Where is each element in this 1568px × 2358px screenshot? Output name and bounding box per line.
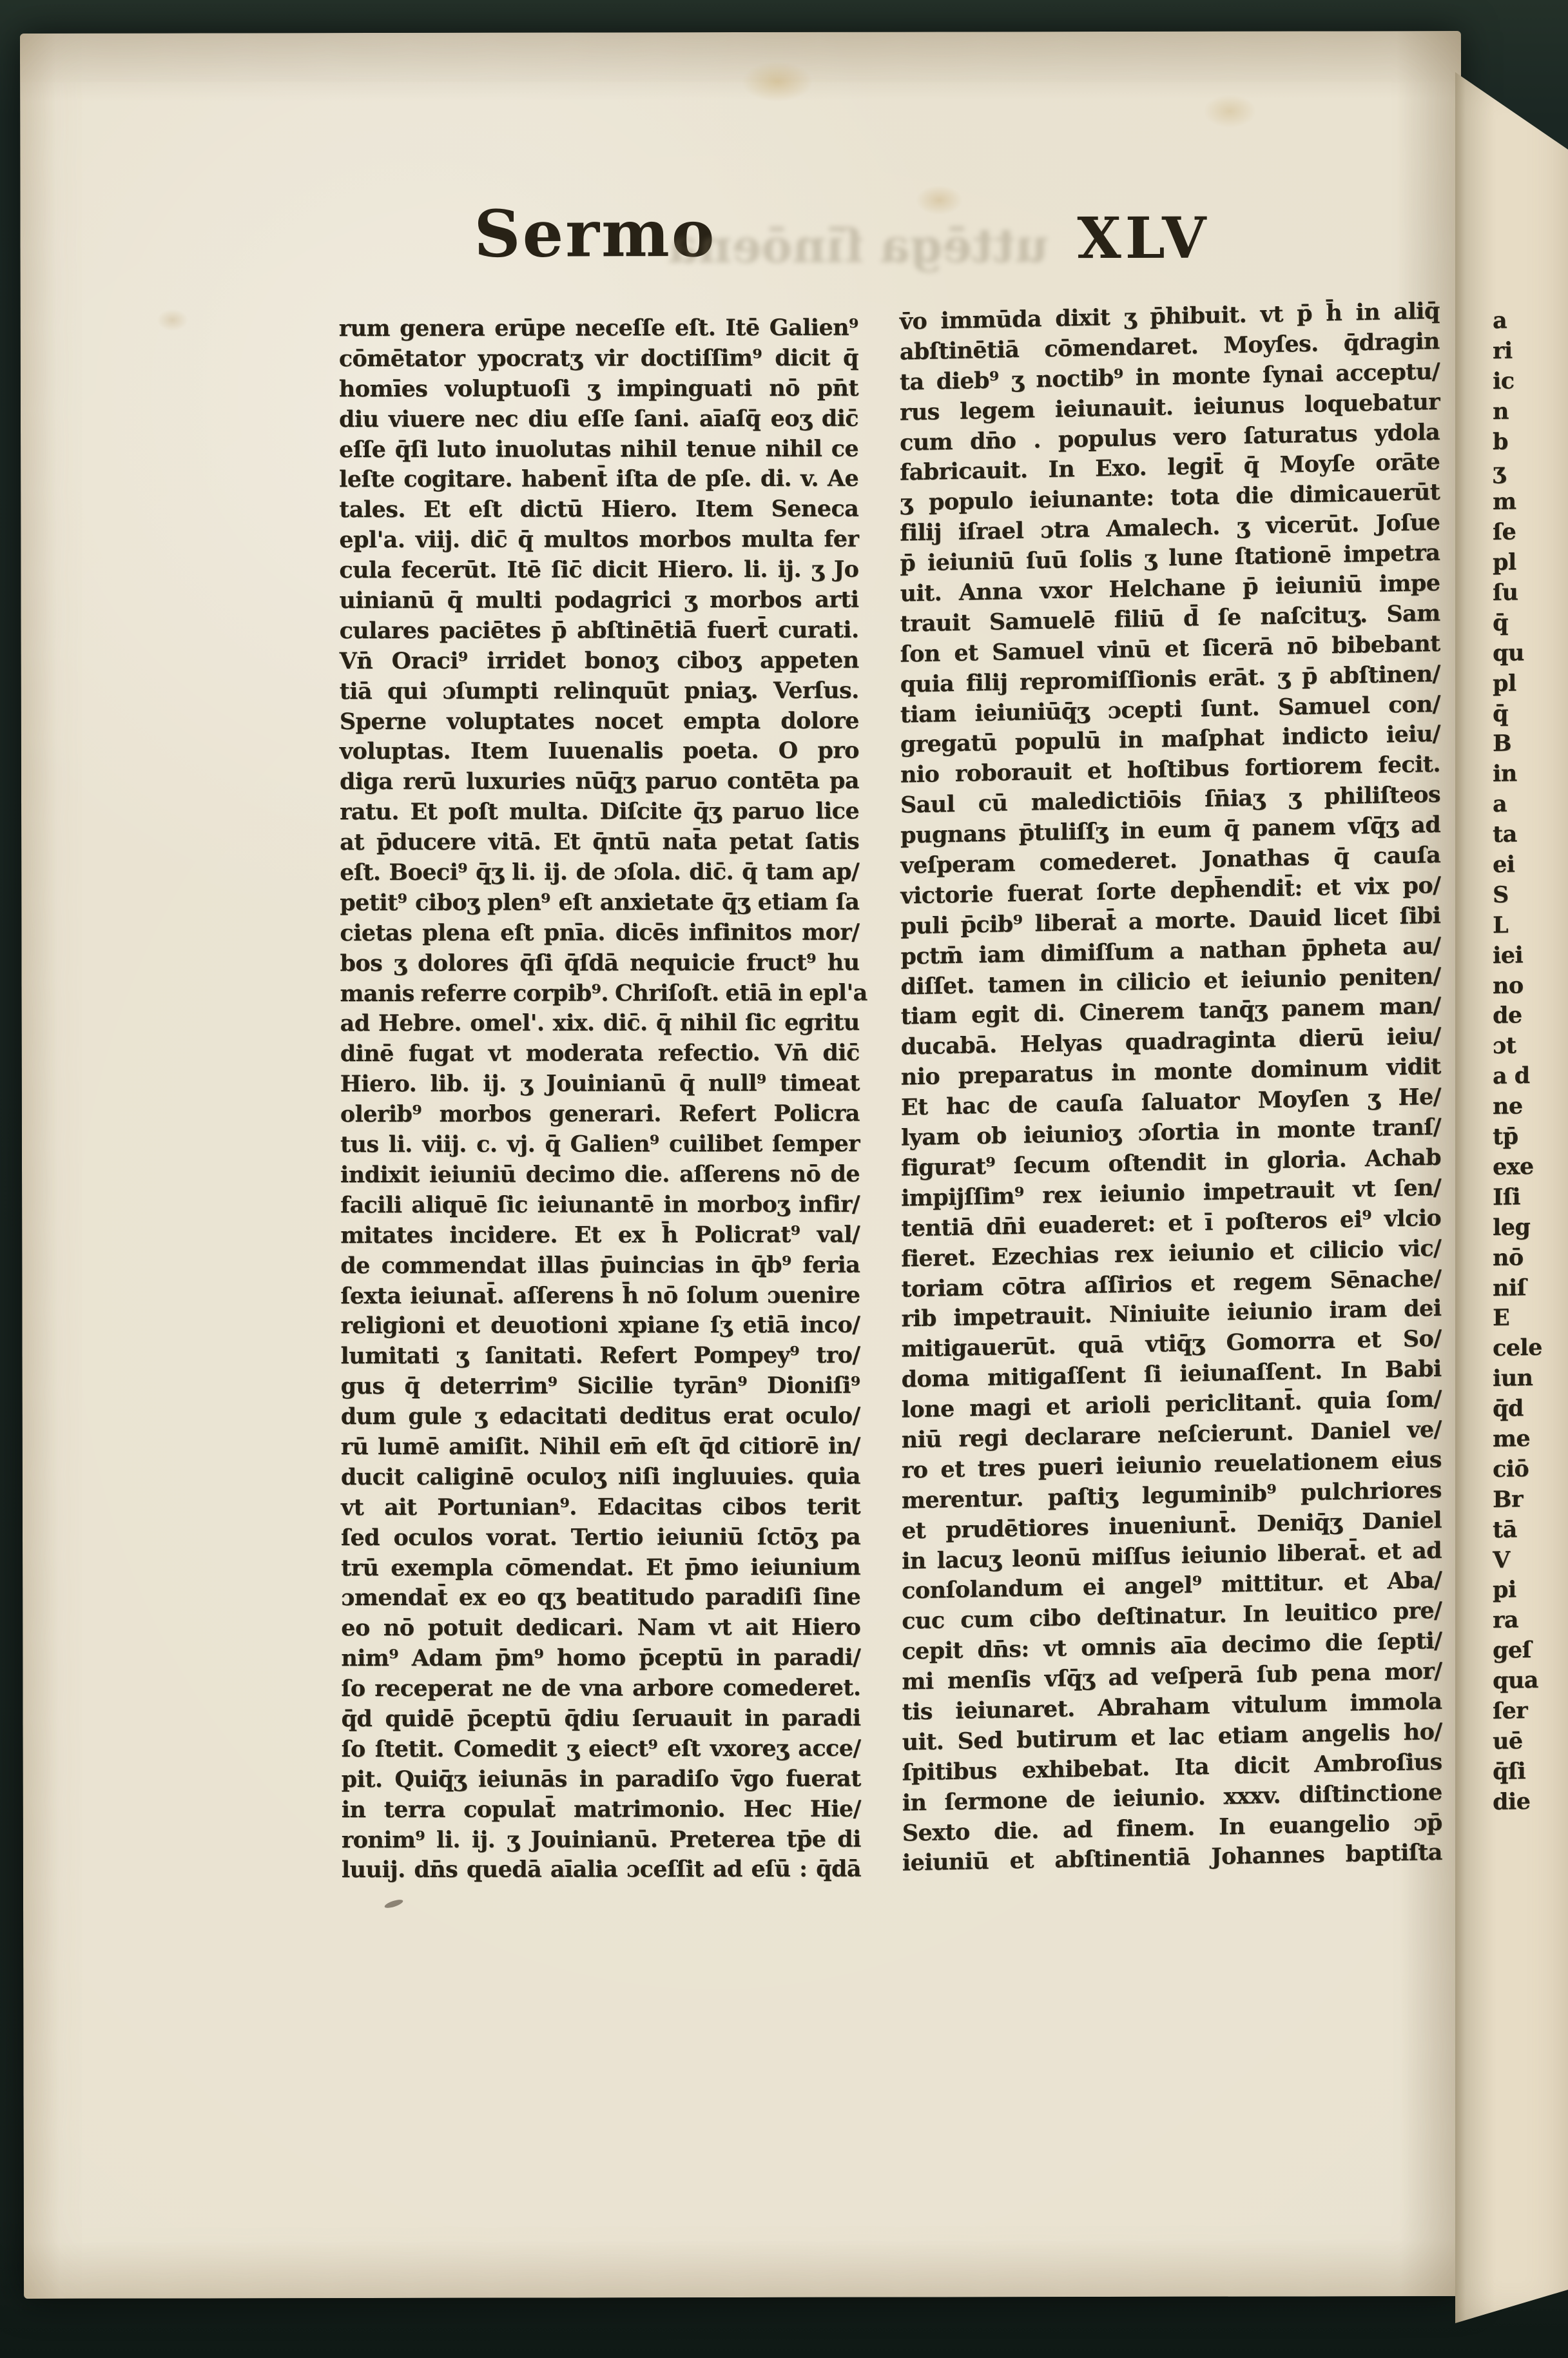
- text-line: E: [1493, 1302, 1565, 1334]
- text-line: a: [1493, 788, 1565, 820]
- text-line: tiā qui ɔſumpti relinquūt pniaʒ. Verſus.: [340, 676, 859, 706]
- text-line: qua: [1493, 1665, 1565, 1697]
- text-line: ſer: [1493, 1695, 1565, 1727]
- text-line: cōmētator ypocratʒ vir doctiſſim⁹ dicit …: [339, 344, 858, 375]
- show-through-ghost: uttēga ſīnōena: [668, 222, 1048, 269]
- text-line: iei: [1493, 940, 1565, 971]
- text-line: ra: [1493, 1604, 1565, 1636]
- text-line: ſed oculos vorat. Tertio ieiuniū ſctōʒ p…: [341, 1522, 860, 1553]
- text-line: voluptas. Item Iuuenalis poeta. O pro: [340, 736, 859, 767]
- text-line: rum genera erūpe neceſſe eſt. Itē Galien…: [339, 313, 858, 344]
- text-line: S: [1493, 879, 1565, 911]
- text-line: diu viuere nec diu eſſe ſani. aīaſq̄ eoʒ…: [339, 404, 858, 434]
- text-line: n: [1493, 396, 1565, 427]
- text-line: dinē fugat vt moderata refectio. Vn̄ dic…: [340, 1038, 860, 1069]
- text-line: de: [1493, 1000, 1565, 1032]
- text-line: leg: [1493, 1212, 1565, 1243]
- paper-stain: [157, 309, 188, 331]
- text-line: q̄d quidē p̄ceptū q̄diu ſeruauit in para…: [341, 1704, 860, 1735]
- text-line: uinianū q̄ multi podagrici ʒ morbos arti: [339, 585, 858, 616]
- text-line: pl: [1493, 668, 1565, 699]
- ink-smudge: [383, 1898, 403, 1910]
- text-line: ɔmendat̄ ex eo qʒ beatitudo paradiſi ſin…: [341, 1583, 860, 1613]
- text-line: gus q̄ deterrim⁹ Sicilie tyrān⁹ Dioniſi⁹: [341, 1371, 860, 1402]
- text-line: ic: [1493, 365, 1565, 397]
- text-column-right: v̄o immūda dixit ʒ p̄hibuit. vt p̄ h̄ in…: [900, 297, 1442, 1879]
- text-line: eo nō potuit dedicari. Nam vt ait Hiero: [341, 1613, 860, 1644]
- text-line: Vn̄ Oraci⁹ irridet bonoʒ ciboʒ appeten: [340, 645, 859, 676]
- text-line: bos ʒ dolores q̄ſi q̄ſdā nequicie fruct⁹…: [340, 948, 859, 979]
- text-line: tus li. viij. c. vj. q̄ Galien⁹ cuilibet…: [340, 1129, 860, 1160]
- text-line: diga rerū luxuries nūq̄ʒ paruo contēta p…: [340, 766, 859, 797]
- text-line: q̄: [1493, 607, 1565, 639]
- text-line: qu: [1493, 638, 1565, 669]
- text-line: in terra copulat̄ matrimonio. Hec Hie/: [342, 1794, 861, 1825]
- text-line: ſu: [1493, 577, 1565, 609]
- text-line: a: [1493, 305, 1565, 336]
- text-line: geſ: [1493, 1635, 1565, 1666]
- text-line: in: [1493, 758, 1565, 790]
- text-line: indixit ieiuniū decimo die. aſſerens nō …: [340, 1160, 860, 1191]
- text-line: pit. Quiq̄ʒ ieiunās in paradiſo v̄go fue…: [342, 1764, 861, 1795]
- text-line: epl'a. viij. dic̄ q̄ multos morbos multa…: [339, 525, 858, 556]
- text-line: q̄ſi: [1493, 1756, 1565, 1788]
- text-line: homīes voluptuoſi ʒ impinguati nō pn̄t: [339, 373, 858, 404]
- text-line: nim⁹ Adam p̄m⁹ homo p̄ceptū in paradi/: [341, 1643, 860, 1674]
- text-line: trū exempla cōmendat. Et p̄mo ieiunium: [341, 1552, 860, 1583]
- text-line: ei: [1493, 849, 1565, 881]
- text-line: luuij. dn̄s quedā aīalia ɔceſſit ad eſū …: [342, 1855, 861, 1885]
- text-line: vt ait Portunian⁹. Edacitas cibos terit: [341, 1492, 860, 1523]
- text-line: pi: [1493, 1574, 1565, 1606]
- text-line: ne: [1493, 1091, 1565, 1122]
- text-line: eſt. Boeci⁹ q̄ʒ li. ij. de ɔſola. dic̄. …: [340, 857, 859, 888]
- paper-stain: [916, 185, 962, 215]
- text-line: dum gule ʒ edacitati deditus erat oculo/: [341, 1401, 860, 1432]
- text-line: ciō: [1493, 1454, 1565, 1485]
- text-line: olerib⁹ morbos generari. Refert Policra: [340, 1099, 860, 1130]
- text-line: ʒ: [1493, 456, 1565, 487]
- text-line: q̄d: [1493, 1393, 1565, 1425]
- text-line: Br: [1493, 1484, 1565, 1515]
- text-line: de commendat illas p̄uincias in q̄b⁹ fer…: [340, 1250, 860, 1281]
- text-line: ſexta ieiunat̄. aſſerens h̄ nō ſolum ɔue…: [340, 1280, 860, 1311]
- text-line: religioni et deuotioni xpiane ſʒ etiā in…: [340, 1311, 860, 1341]
- text-column-left: rum genera erūpe neceſſe eſt. Itē Galien…: [339, 313, 861, 1886]
- text-line: ſo ſtetit. Comedit ʒ eiect⁹ eſt vxoreʒ a…: [342, 1734, 861, 1765]
- text-line: [1493, 1817, 1565, 1848]
- text-line: ſo receperat ne de vna arbore comederet.: [341, 1673, 860, 1704]
- text-line: B: [1493, 728, 1565, 760]
- text-line: [1493, 1846, 1565, 1878]
- text-line: tp̄: [1493, 1121, 1565, 1153]
- text-line: cele: [1493, 1332, 1565, 1364]
- text-line: lumitati ʒ ſanitati. Refert Pompey⁹ tro/: [340, 1341, 860, 1372]
- book-page: Sermo uttēga ſīnōena XLV rum genera erūp…: [20, 31, 1465, 2299]
- text-line: cula fecerūt. Itē ſic̄ dicit Hiero. li. …: [339, 555, 858, 586]
- text-line: Iſi: [1493, 1182, 1565, 1213]
- text-line: tales. Et eſt dictū Hiero. Item Seneca: [339, 494, 858, 525]
- text-line: ronim⁹ li. ij. ʒ Jouinianū. Preterea tp̄…: [342, 1824, 861, 1855]
- text-line: at p̄ducere vitā. Et q̄ntū nat̄a petat ſ…: [340, 827, 859, 858]
- text-line: rū lumē amiſit. Nihil em̄ eſt q̄d citior…: [341, 1432, 860, 1463]
- text-line: uē: [1493, 1726, 1565, 1757]
- text-line: eſſe q̄ſi luto inuolutas nihil tenue nih…: [339, 434, 858, 465]
- text-line: leſte cogitare. habent̄ iſta de pſe. di.…: [339, 464, 858, 495]
- text-line: pl: [1493, 547, 1565, 578]
- text-line: a d: [1493, 1060, 1565, 1092]
- text-line: facili aliquē ſic ieiunantē in morboʒ in…: [340, 1190, 860, 1221]
- text-line: exe: [1493, 1151, 1565, 1183]
- text-line: L: [1493, 910, 1565, 941]
- next-page-edge: ariicnbʒmſeplſuq̄quplq̄BinataeiSLieinode…: [1455, 72, 1568, 2323]
- text-line: die: [1493, 1786, 1565, 1818]
- text-line: mitates incidere. Et ex h̄ Policrat⁹ val…: [340, 1220, 860, 1251]
- text-line: Hiero. lib. ij. ʒ Jouinianū q̄ null⁹ tim…: [340, 1069, 860, 1100]
- text-line: ſe: [1493, 516, 1565, 548]
- next-page-text-fragments: ariicnbʒmſeplſuq̄quplq̄BinataeiSLieinode…: [1493, 305, 1565, 1878]
- text-line: ad Hebre. omel'. xix. dic̄. q̄ nihil ſic…: [340, 1008, 860, 1039]
- text-line: q̄: [1493, 698, 1565, 730]
- text-line: nō: [1493, 1242, 1565, 1274]
- text-line: ta: [1493, 819, 1565, 850]
- text-line: culares paciētes p̄ abſtinētiā fuert̄ cu…: [340, 616, 859, 647]
- paper-stain: [1203, 95, 1256, 128]
- text-line: V: [1493, 1544, 1565, 1576]
- text-line: Sperne voluptates nocet empta dolore: [340, 706, 859, 737]
- text-line: cietas plena eſt pnīa. dicēs infinitos m…: [340, 917, 859, 948]
- text-line: petit⁹ ciboʒ plen⁹ eſt anxietate q̄ʒ eti…: [340, 888, 859, 919]
- paper-stain: [742, 62, 813, 102]
- text-line: b: [1493, 426, 1565, 458]
- text-line: iun: [1493, 1363, 1565, 1394]
- text-line: ducit caliginē oculoʒ niſi ingluuies. qu…: [341, 1462, 860, 1493]
- text-line: niſ: [1493, 1272, 1565, 1304]
- text-line: ɔt: [1493, 1030, 1565, 1062]
- text-line: manis referre corpib⁹. Chriſoſt. etiā in…: [340, 978, 859, 1009]
- scanned-book-photo: Sermo uttēga ſīnōena XLV rum genera erūp…: [0, 0, 1568, 2358]
- text-line: m: [1493, 486, 1565, 518]
- text-line: ratu. Et poſt multa. Diſcite q̄ʒ paruo l…: [340, 797, 859, 828]
- text-line: no: [1493, 970, 1565, 1002]
- folio-number: XLV: [1077, 209, 1210, 266]
- text-line: me: [1493, 1423, 1565, 1455]
- text-line: ri: [1493, 335, 1565, 367]
- text-line: tā: [1493, 1514, 1565, 1546]
